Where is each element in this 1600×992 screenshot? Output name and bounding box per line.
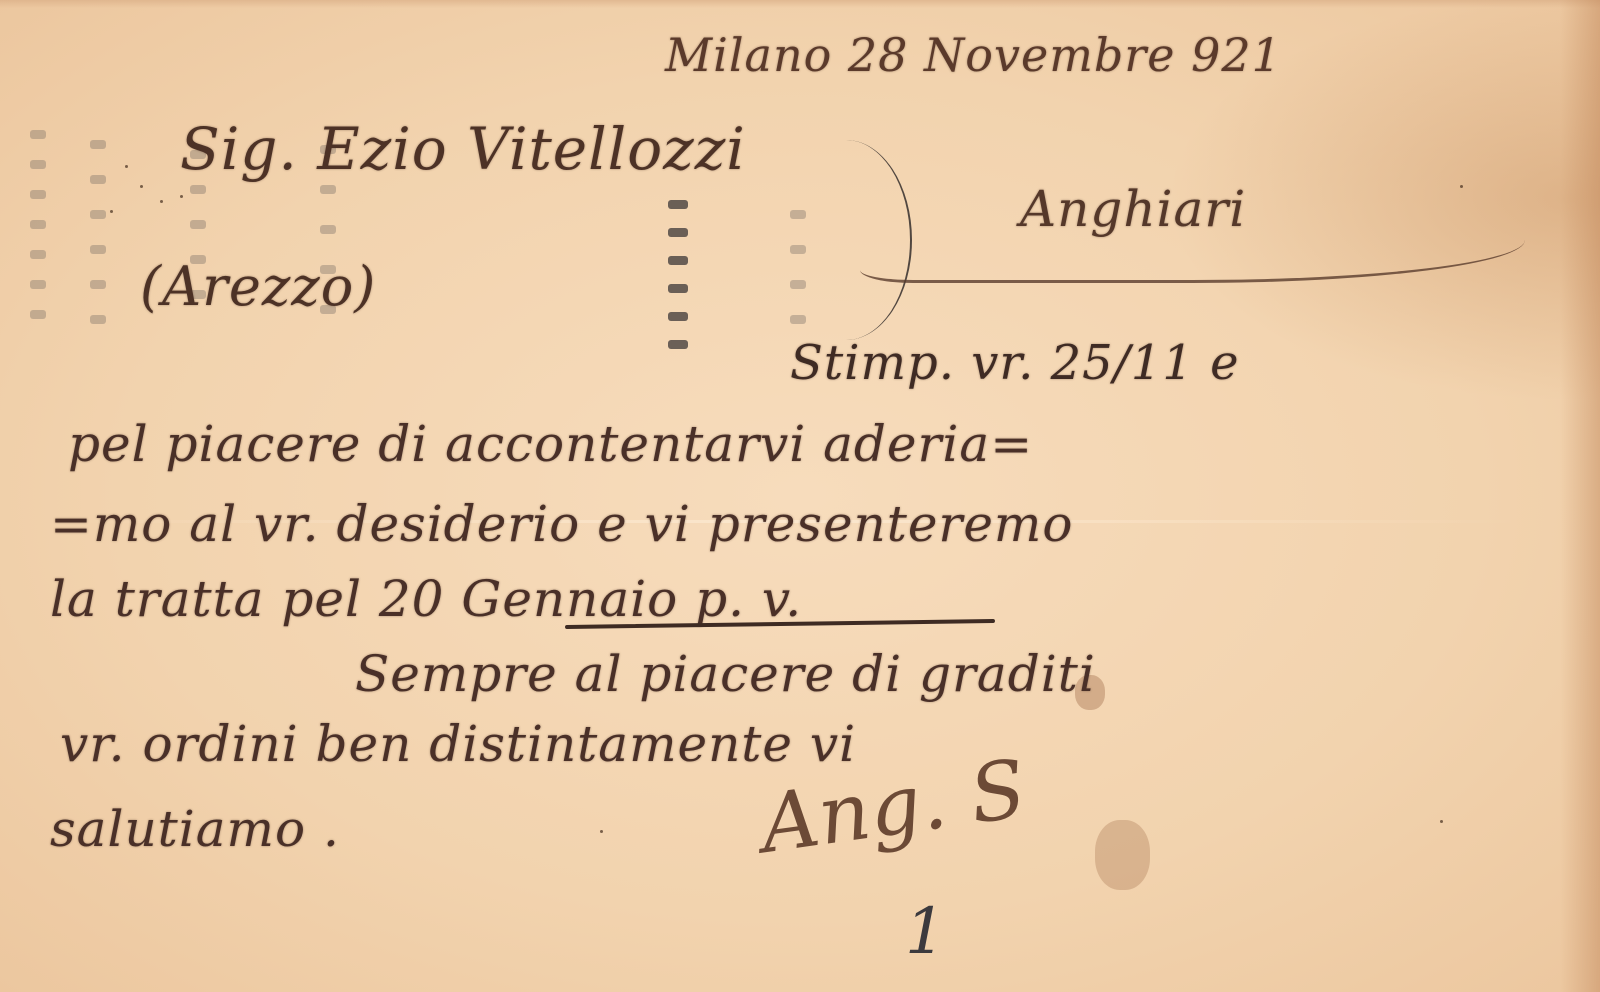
postcard: Milano 28 Novembre 921 Sig. Ezio Vitello… [0, 0, 1600, 992]
paper-speck [125, 165, 128, 168]
paper-edge-right [1560, 0, 1600, 992]
paper-edge-top [0, 0, 1600, 8]
ink-stain [1095, 820, 1150, 890]
place-and-date: Milano 28 Novembre 921 [665, 28, 1282, 82]
paper-speck [110, 210, 113, 213]
message-line: salutiamo . [50, 800, 340, 858]
paper-speck [180, 195, 183, 198]
recipient-name: Sig. Ezio Vitellozzi [180, 115, 746, 183]
bottom-numeral-mark: 1 [905, 895, 946, 969]
message-line: Sempre al piacere di graditi [355, 645, 1096, 703]
message-line: pel piacere di accontentarvi aderia= [68, 415, 1033, 473]
paper-speck [140, 185, 143, 188]
paper-speck [600, 830, 603, 833]
message-line: =mo al vr. desiderio e vi presenteremo [50, 495, 1073, 553]
message-line: Stimp. vr. 25/11 e [790, 335, 1240, 391]
paper-speck [1460, 185, 1463, 188]
message-line: la tratta pel 20 Gennaio p. v. [50, 570, 802, 628]
paper-speck [160, 200, 163, 203]
message-line: vr. ordini ben distintamente vi [60, 715, 856, 773]
recipient-province: (Arezzo) [140, 255, 376, 318]
paper-speck [1440, 820, 1443, 823]
city-underline-flourish [860, 240, 1525, 283]
recipient-city: Anghiari [1020, 180, 1246, 238]
